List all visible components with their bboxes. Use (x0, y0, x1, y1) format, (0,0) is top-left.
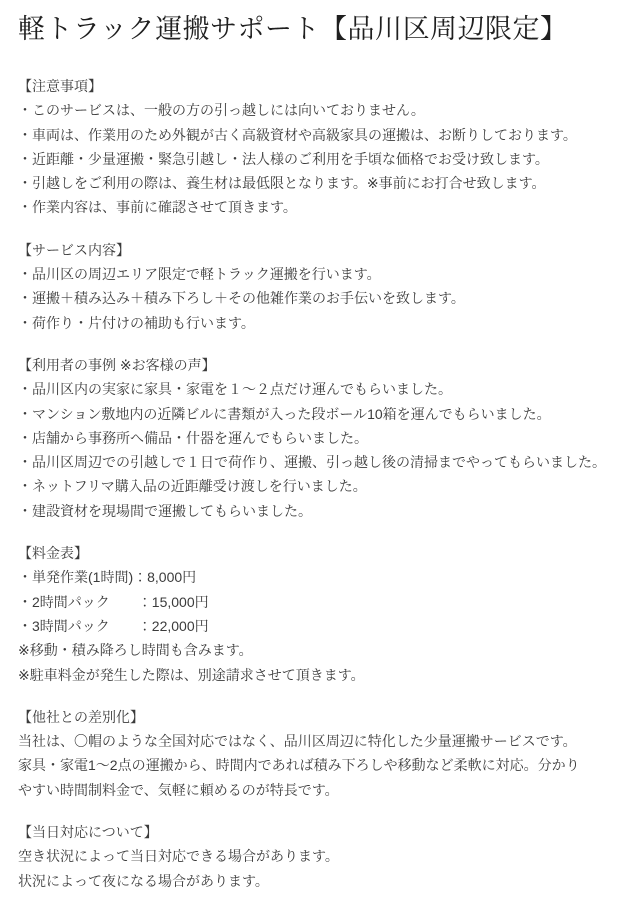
section-heading: 【サービス内容】 (18, 238, 606, 262)
section-user-cases: 【利用者の事例 ※お客様の声】・品川区内の実家に家具・家電を１～２点だけ運んでも… (18, 353, 606, 523)
text-line: ・作業内容は、事前に確認させて頂きます。 (18, 195, 606, 219)
text-line: 空き状況によって当日対応できる場合があります。 (18, 844, 606, 868)
text-line: ・品川区周辺での引越しで１日で荷作り、運搬、引っ越し後の清掃までやってもらいまし… (18, 450, 606, 474)
text-line: ・近距離・少量運搬・緊急引越し・法人様のご利用を手頃な価格でお受け致します。 (18, 147, 606, 171)
text-line: ・ネットフリマ購入品の近距離受け渡しを行いました。 (18, 474, 606, 498)
section-service-contents: 【サービス内容】・品川区の周辺エリア限定で軽トラック運搬を行います。・運搬＋積み… (18, 238, 606, 335)
section-differentiation: 【他社との差別化】当社は、〇帽のような全国対応ではなく、品川区周辺に特化した少量… (18, 705, 606, 802)
text-line: ・車両は、作業用のため外観が古く高級資材や高級家具の運搬は、お断りしております。 (18, 123, 606, 147)
section-notes: 【注意事項】・このサービスは、一般の方の引っ越しには向いておりません。・車両は、… (18, 74, 606, 220)
text-line: ・単発作業(1時間)：8,000円 (18, 565, 606, 589)
text-line: 当社は、〇帽のような全国対応ではなく、品川区周辺に特化した少量運搬サービスです。 (18, 729, 606, 753)
page-title: 軽トラック運搬サポート【品川区周辺限定】 (18, 10, 606, 48)
section-same-day-support: 【当日対応について】空き状況によって当日対応できる場合があります。状況によって夜… (18, 820, 606, 893)
text-line: 状況によって夜になる場合があります。 (18, 869, 606, 893)
text-line: ※駐車料金が発生した際は、別途請求させて頂きます。 (18, 663, 606, 687)
section-heading: 【注意事項】 (18, 74, 606, 98)
sections-container: 【注意事項】・このサービスは、一般の方の引っ越しには向いておりません。・車両は、… (18, 74, 606, 893)
text-line: ・運搬＋積み込み＋積み下ろし＋その他雑作業のお手伝いを致します。 (18, 286, 606, 310)
text-line: ・マンション敷地内の近隣ビルに書類が入った段ボール10箱を運んでもらいました。 (18, 402, 606, 426)
text-line: ・建設資材を現場間で運搬してもらいました。 (18, 499, 606, 523)
text-line: ・2時間パック ：15,000円 (18, 590, 606, 614)
section-heading: 【他社との差別化】 (18, 705, 606, 729)
section-heading: 【料金表】 (18, 541, 606, 565)
text-line: ・このサービスは、一般の方の引っ越しには向いておりません。 (18, 98, 606, 122)
text-line: 家具・家電1～2点の運搬から、時間内であれば積み下ろしや移動など柔軟に対応。分か… (18, 753, 606, 777)
text-line: ・品川区の周辺エリア限定で軽トラック運搬を行います。 (18, 262, 606, 286)
section-price-table: 【料金表】・単発作業(1時間)：8,000円・2時間パック ：15,000円・3… (18, 541, 606, 687)
text-line: やすい時間制料金で、気軽に頼めるのが特長です。 (18, 778, 606, 802)
text-line: ・店舗から事務所へ備品・什器を運んでもらいました。 (18, 426, 606, 450)
text-line: ・荷作り・片付けの補助も行います。 (18, 311, 606, 335)
section-heading: 【当日対応について】 (18, 820, 606, 844)
text-line: ※移動・積み降ろし時間も含みます。 (18, 638, 606, 662)
document-page: 軽トラック運搬サポート【品川区周辺限定】 【注意事項】・このサービスは、一般の方… (0, 0, 624, 898)
section-heading: 【利用者の事例 ※お客様の声】 (18, 353, 606, 377)
text-line: ・品川区内の実家に家具・家電を１～２点だけ運んでもらいました。 (18, 377, 606, 401)
text-line: ・引越しをご利用の際は、養生材は最低限となります。※事前にお打合せ致します。 (18, 171, 606, 195)
text-line: ・3時間パック ：22,000円 (18, 614, 606, 638)
